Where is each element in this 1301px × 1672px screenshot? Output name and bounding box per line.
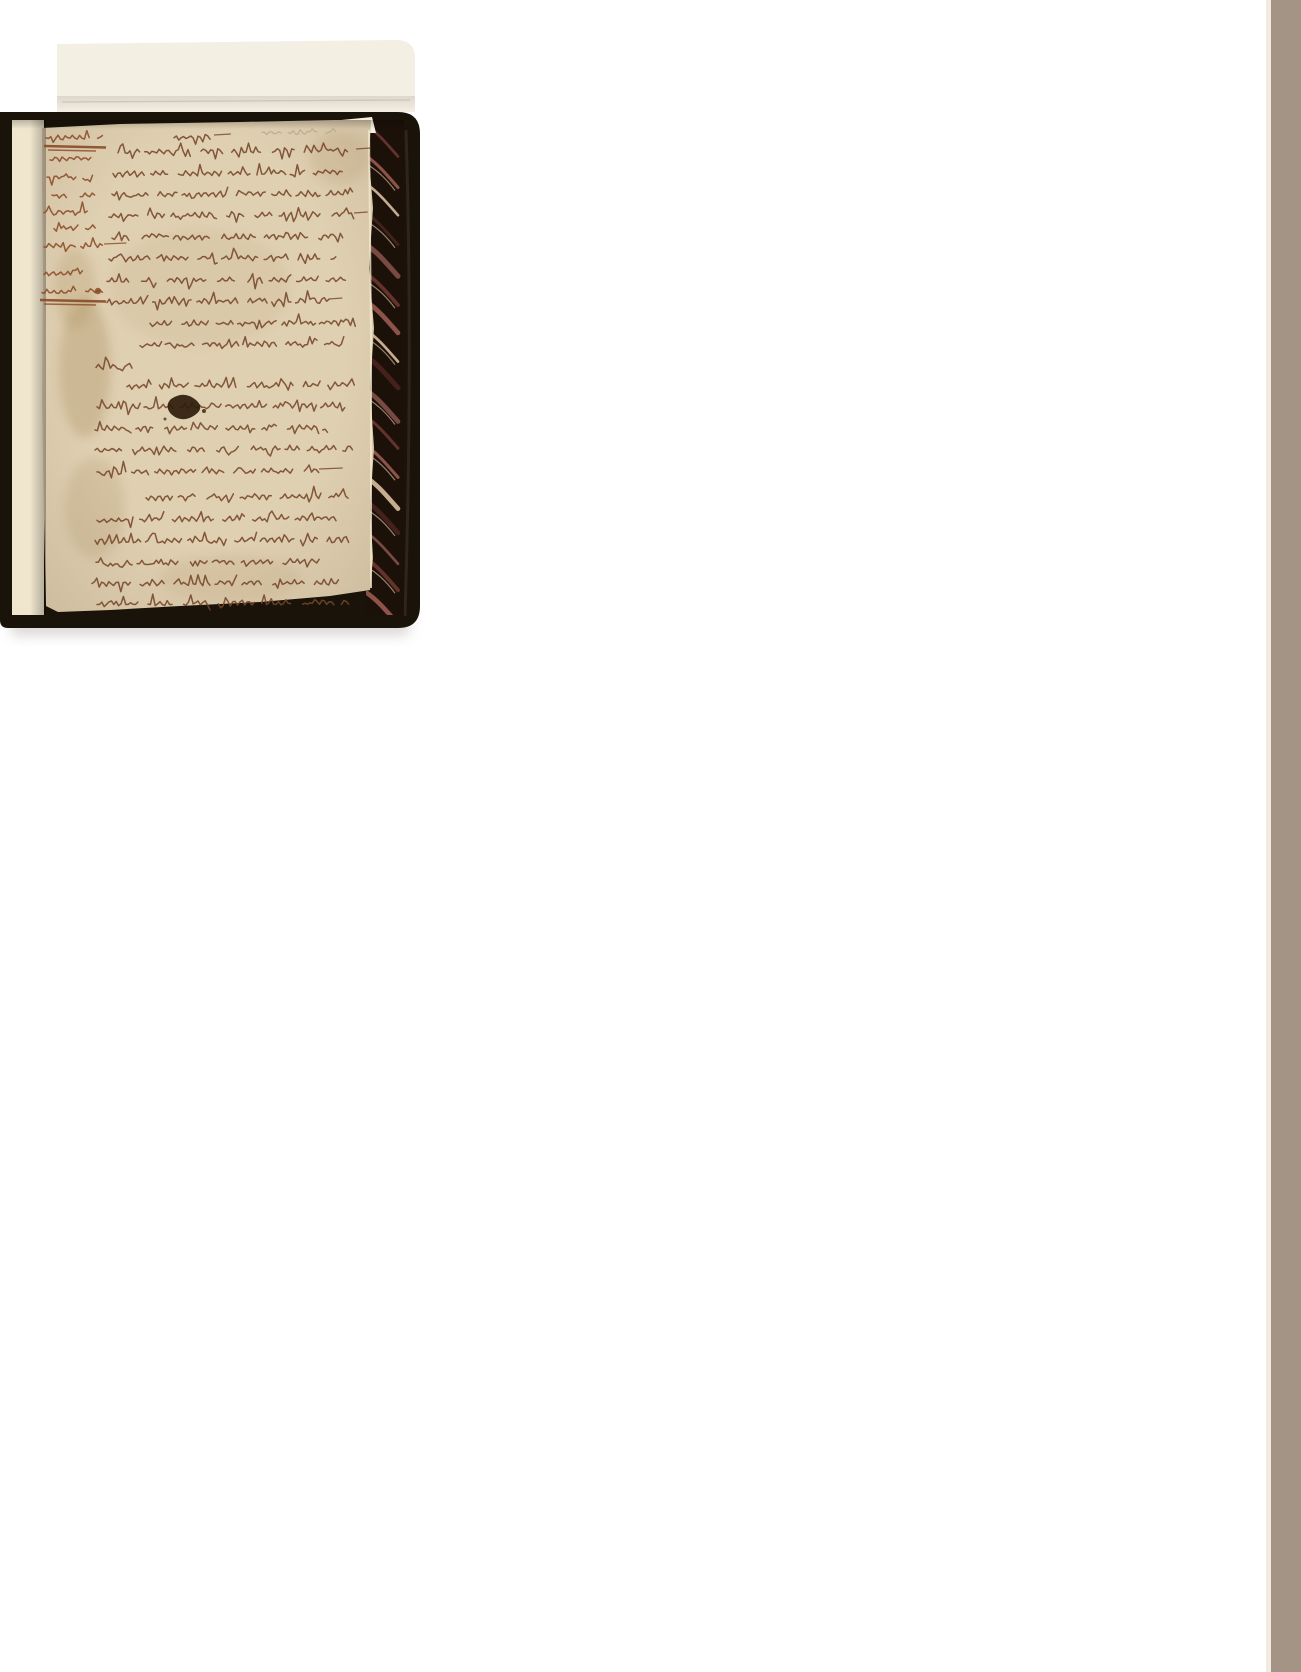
gutter-shadow — [30, 120, 46, 615]
top-inner-shadow — [12, 120, 404, 129]
manuscript-photo — [0, 38, 430, 678]
book-photo-svg — [0, 38, 430, 678]
catalog-page: { "page": { "background": "#ffffff" }, "… — [0, 0, 1301, 1672]
right-border-band — [1271, 0, 1301, 1672]
protruding-page — [57, 40, 415, 112]
